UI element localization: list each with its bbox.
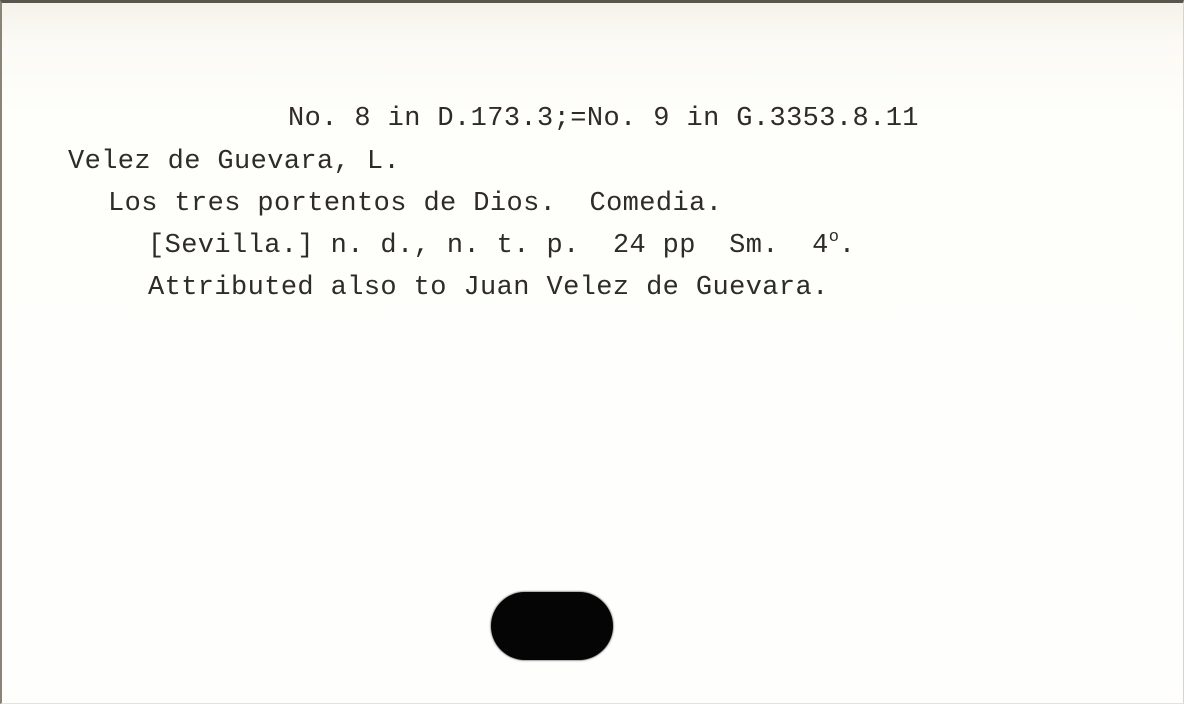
degree-superscript: o	[829, 228, 839, 247]
call-number-line: No. 8 in D.173.3;=No. 9 in G.3353.8.11	[288, 104, 919, 134]
imprint-line: [Sevilla.] n. d., n. t. p. 24 pp Sm. 4o.	[148, 231, 856, 264]
imprint-end: .	[839, 231, 856, 261]
attribution-note: Attributed also to Juan Velez de Guevara…	[148, 273, 829, 303]
punch-hole	[491, 592, 613, 660]
catalog-card: No. 8 in D.173.3;=No. 9 in G.3353.8.11 V…	[0, 0, 1184, 704]
imprint-text: [Sevilla.] n. d., n. t. p. 24 pp Sm. 4	[148, 231, 829, 261]
author-heading: Velez de Guevara, L.	[68, 147, 400, 177]
title-line: Los tres portentos de Dios. Comedia.	[108, 189, 722, 219]
